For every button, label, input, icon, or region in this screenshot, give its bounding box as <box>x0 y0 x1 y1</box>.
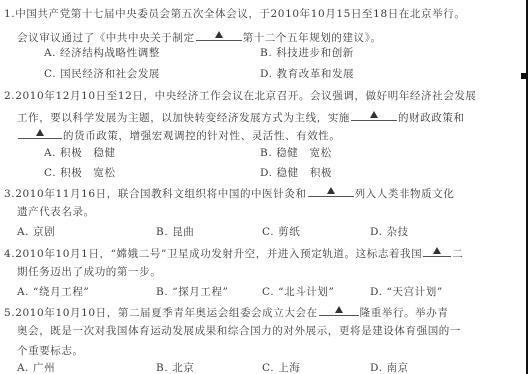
question-1-text-part: 第十二个五年规划的建议》。 <box>243 32 382 44</box>
question-2-line-1: 2.2010年12月10日至12日，中央经济工作会议在北京召开。会议强调，做好明… <box>4 89 477 103</box>
question-2-option-c[interactable]: C. 积极 宽松 <box>44 166 116 180</box>
answer-blank[interactable] <box>423 245 451 257</box>
question-4-text-part: 二 <box>452 248 463 260</box>
triangle-marker-icon <box>36 129 44 136</box>
question-4-text-part: 2010年10月1日，“嫦娥二号”卫星成功发射升空，并进入预定轨道。这标志着我国 <box>15 248 422 260</box>
question-3-line-1: 3.2010年11月16日，联合国教科文组织将中国的中医针灸和列入人类非物质文化 <box>4 185 454 201</box>
triangle-marker-icon <box>327 187 335 194</box>
question-2-line-2: 工作，要以科学发展为主题，以加快转变经济发展方式为主线，实施的财政政策和 <box>17 109 465 125</box>
triangle-marker-icon <box>433 247 441 254</box>
question-3-option-c[interactable]: C. 剪纸 <box>262 225 300 239</box>
question-5-text-part: 2010年10月10日，第二届夏季青年奥运会组委会成立大会在 <box>15 307 317 319</box>
question-4-option-b[interactable]: B. “探月工程” <box>156 285 229 299</box>
question-4-number: 4. <box>4 248 15 260</box>
answer-blank[interactable] <box>319 304 359 316</box>
triangle-marker-icon <box>215 31 223 38</box>
question-2-line-3: 的货币政策，增强宏观调控的针对性、灵活性、有效性。 <box>17 127 341 143</box>
triangle-marker-icon <box>335 306 343 313</box>
question-3-line-2: 遗产代表名录。 <box>17 205 95 219</box>
question-1-option-a[interactable]: A. 经济结构战略性调整 <box>44 46 160 60</box>
question-4-line-1: 4.2010年10月1日，“嫦娥二号”卫星成功发射升空，并进入预定轨道。这标志着… <box>4 245 463 261</box>
question-3-text-part: 2010年11月16日，联合国教科文组织将中国的中医针灸和 <box>15 188 306 200</box>
question-5-line-1: 5.2010年10月10日，第二届夏季青年奥运会组委会成立大会在隆重举行。举办青 <box>4 304 448 320</box>
question-2-option-d[interactable]: D. 稳健 积极 <box>260 166 332 180</box>
question-5-option-b[interactable]: B. 北京 <box>156 361 194 374</box>
question-3-option-d[interactable]: D. 杂技 <box>370 225 409 239</box>
question-2-number: 2. <box>4 90 15 102</box>
question-1-line-2: 会议审议通过了《中共中央关于制定第十二个五年规划的建议》。 <box>17 29 382 45</box>
question-5-option-c[interactable]: C. 上海 <box>262 361 300 374</box>
question-1-option-c[interactable]: C. 国民经济和社会发展 <box>44 67 160 81</box>
page-right-border <box>526 0 528 374</box>
question-3-text-part: 列入人类非物质文化 <box>355 188 455 200</box>
exam-page: 1.中国共产党第十七届中央委员会第五次全体会议，于2010年10月15日至18日… <box>0 0 527 374</box>
question-4-line-2: 期任务迈出了成功的第一步。 <box>17 265 161 279</box>
question-3-number: 3. <box>4 188 15 200</box>
question-2-text-part: 的财政政策和 <box>398 112 465 124</box>
answer-blank[interactable] <box>308 185 354 197</box>
question-5-text-part: 隆重举行。举办青 <box>360 307 449 319</box>
answer-blank[interactable] <box>18 127 62 139</box>
question-2-option-b[interactable]: B. 稳健 宽松 <box>260 146 332 160</box>
question-2-text-part: 的货币政策，增强宏观调控的针对性、灵活性、有效性。 <box>63 130 341 142</box>
question-2-text: 2010年12月10日至12日，中央经济工作会议在北京召开。会议强调，做好明年经… <box>15 90 476 102</box>
triangle-marker-icon <box>370 111 378 118</box>
question-1-line-1: 1.中国共产党第十七届中央委员会第五次全体会议，于2010年10月15日至18日… <box>4 7 465 21</box>
question-2-text-part: 工作，要以科学发展为主题，以加快转变经济发展方式为主线，实施 <box>17 112 350 124</box>
question-3-option-b[interactable]: B. 昆曲 <box>156 225 194 239</box>
binding-mark-icon <box>521 73 527 79</box>
question-1-text-part: 会议审议通过了《中共中央关于制定 <box>17 32 195 44</box>
question-5-line-2: 奥会，既是一次对我国体育运动发展成果和综合国力的对外展示，更将是建设体育强国的一 <box>17 324 461 338</box>
question-2-option-a[interactable]: A. 积极 稳健 <box>44 146 116 160</box>
answer-blank[interactable] <box>196 29 242 41</box>
answer-blank[interactable] <box>351 109 397 121</box>
question-5-line-3: 个重要标志。 <box>17 344 84 358</box>
question-3-option-a[interactable]: A. 京剧 <box>17 225 55 239</box>
question-1-option-b[interactable]: B. 科技进步和创新 <box>260 46 354 60</box>
question-5-number: 5. <box>4 307 15 319</box>
question-5-option-d[interactable]: D. 南京 <box>370 361 409 374</box>
question-4-option-a[interactable]: A. “绕月工程” <box>17 285 89 299</box>
question-4-option-c[interactable]: C. “北斗计划” <box>262 285 334 299</box>
question-5-option-a[interactable]: A. 广州 <box>17 361 55 374</box>
question-1-number: 1. <box>4 8 15 20</box>
question-1-text: 中国共产党第十七届中央委员会第五次全体会议，于2010年10月15日至18日在北… <box>15 8 465 20</box>
question-1-option-d[interactable]: D. 教育改革和发展 <box>260 67 354 81</box>
question-4-option-d[interactable]: D. “天宫计划” <box>370 285 443 299</box>
